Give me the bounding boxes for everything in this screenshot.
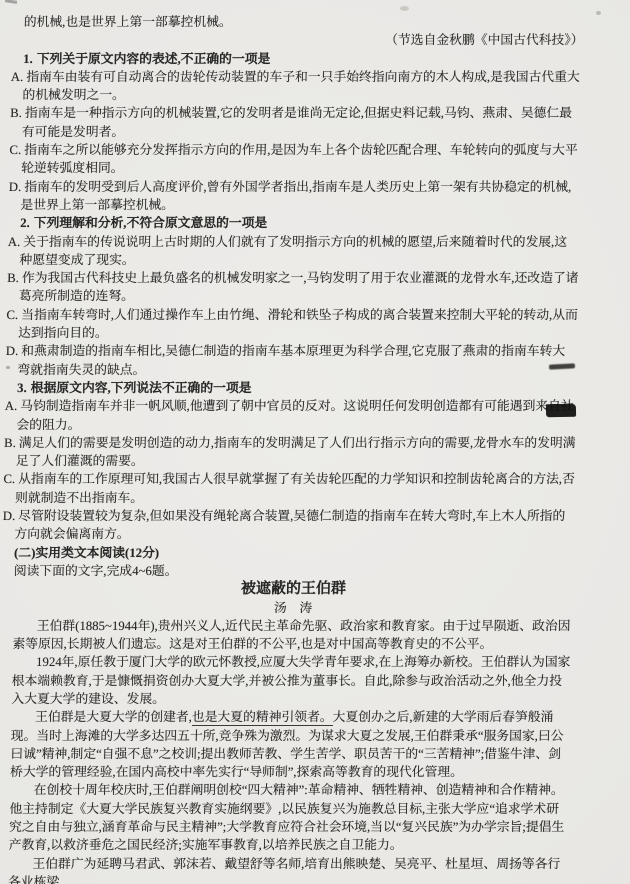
scanned-exam-page: 的机械,也是世界上第一部摹控机械。 （节选自金秋鹏《中国古代科技》） 1.下列关…: [0, 0, 630, 884]
question-2-option-a: A.关于指南车的传说说明上古时期的人们就有了发明指示方向的机械的愿望,后来随着时…: [19, 233, 580, 270]
option-text: 从指南车的工作原理可知,我国古人很早就掌握了有关齿轮匹配的力学知识和控制齿轮离合…: [15, 472, 575, 504]
question-2-number: 2.: [20, 216, 30, 230]
scan-speck: [596, 11, 601, 15]
option-label-a: A.: [11, 70, 24, 84]
question-1-option-b: B.指南车是一种指示方向的机械装置,它的发明者是谁尚无定论,但据史料记载,马钧、…: [22, 104, 583, 141]
question-2-stem-text: 下列理解和分析,不符合原文意思的一项是: [34, 216, 268, 230]
question-3-option-a: A.马钧制造指南车并非一帆风顺,他遭到了朝中官员的反对。这说明任何发明创造都有可…: [16, 397, 577, 434]
option-text: 马钧制造指南车并非一帆风顺,他遭到了朝中官员的反对。这说明任何发明创造都有可能遇…: [16, 399, 574, 431]
passage-paragraph-4: 在创校十周年校庆时,王伯群阐明创校“四大精神”:革命精神、牺牲精神、创造精神和合…: [9, 781, 570, 854]
question-3-option-b: B.满足人们的需要是发明创造的动力,指南车的发明满足了人们出行指示方向的需要,龙…: [16, 434, 577, 471]
question-3-stem-text: 根据原文内容,下列说法不正确的一项是: [31, 381, 252, 395]
question-1: 1.下列关于原文内容的表述,不正确的一项是 A.指南车由装有可自动离合的齿轮传动…: [20, 50, 583, 215]
passage-closing-line: 的机械,也是世界上第一部摹控机械。: [24, 13, 584, 31]
question-2-option-b: B.作为我国古代科技史上最负盛名的机械发明家之一,马钧发明了用于农业灌溉的龙骨水…: [19, 269, 580, 306]
option-label-d: D.: [9, 180, 22, 194]
passage-paragraph-5: 王伯群广为延聘马君武、郭沫若、戴望舒等名师,培育出熊映楚、吴亮平、杜星垣、周扬等…: [8, 855, 569, 884]
question-1-stem-text: 下列关于原文内容的表述,不正确的一项是: [37, 52, 271, 66]
option-text: 指南车是一种指示方向的机械装置,它的发明者是谁尚无定论,但据史料记载,马钧、燕肃…: [22, 106, 572, 138]
option-text: 指南车由装有可自动离合的齿轮传动装置的车子和一只手始终指向南方的木人构成,是我国…: [22, 70, 580, 102]
question-2: 2.下列理解和分析,不符合原文意思的一项是 A.关于指南车的传说说明上古时期的人…: [17, 214, 580, 379]
page-content: 的机械,也是世界上第一部摹控机械。 （节选自金秋鹏《中国古代科技》） 1.下列关…: [8, 13, 584, 884]
question-1-option-c: C.指南车之所以能够充分发挥指示方向的作用,是因为车上各个齿轮匹配合理、车轮转向…: [21, 141, 582, 178]
section-heading: (二)实用类文本阅读(12分): [14, 544, 574, 562]
option-label-a: A.: [8, 235, 21, 249]
question-1-number: 1.: [23, 52, 33, 66]
source-attribution: （节选自金秋鹏《中国古代科技》）: [23, 31, 583, 49]
option-text: 满足人们的需要是发明创造的动力,指南车的发明满足了人们出行指示方向的需要,龙骨水…: [16, 436, 576, 468]
passage-paragraph-1: 王伯群(1885~1944年),贵州兴义人,近代民主革命先驱、政治家和教育家。由…: [12, 617, 573, 654]
question-3-option-d: D.尽管附设装置较为复杂,但如果没有绳轮离合装置,吴德仁制造的指南车在转大弯时,…: [14, 507, 575, 544]
option-text: 关于指南车的传说说明上古时期的人们就有了发明指示方向的机械的愿望,后来随着时代的…: [19, 235, 567, 267]
question-3: 3.根据原文内容,下列说法不正确的一项是 A.马钧制造指南车并非一帆风顺,他遭到…: [14, 379, 577, 544]
question-3-option-c: C.从指南车的工作原理可知,我国古人很早就掌握了有关齿轮匹配的力学知识和控制齿轮…: [15, 470, 576, 507]
question-2-option-c: C.当指南车转弯时,人们通过操作车上由竹绳、滑轮和铁坠子构成的离合装置来控制大平…: [18, 306, 579, 343]
section-instruction: 阅读下面的文字,完成4~6题。: [14, 562, 574, 580]
option-text: 尽管附设装置较为复杂,但如果没有绳轮离合装置,吴德仁制造的指南车在转大弯时,车上…: [14, 509, 565, 541]
option-text: 当指南车转弯时,人们通过操作车上由竹绳、滑轮和铁坠子构成的离合装置来控制大平轮的…: [18, 308, 578, 340]
scan-speck: [6, 366, 10, 369]
question-1-option-d: D.指南车的发明受到后人高度评价,曾有外国学者指出,指南车是人类历史上第一架有共…: [20, 178, 581, 215]
passage-title: 被遮蔽的王伯群: [13, 580, 573, 598]
passage-paragraph-3: 王伯群是大夏大学的创建者,也是大夏的精神引领者。大夏创办之后,新建的大学雨后春笋…: [10, 708, 571, 781]
option-text: 指南车之所以能够充分发挥指示方向的作用,是因为车上各个齿轮匹配合理、车轮转向的弧…: [21, 143, 578, 175]
question-3-number: 3.: [17, 381, 27, 395]
passage-paragraph-2: 1924年,原任教于厦门大学的欧元怀教授,应厦大失学青年要求,在上海筹办新校。王…: [11, 653, 572, 708]
option-label-d: D.: [3, 509, 16, 523]
question-1-stem: 1.下列关于原文内容的表述,不正确的一项是: [23, 50, 583, 68]
question-2-stem: 2.下列理解和分析,不符合原文意思的一项是: [20, 214, 580, 232]
option-label-b: B.: [7, 271, 19, 285]
paragraph-3-text: 王伯群是大夏大学的创建者,: [35, 710, 192, 724]
paragraph-3-underlined-phrase: 也是大夏的精神引领者。: [192, 710, 333, 726]
option-label-c: C.: [3, 472, 15, 486]
scan-speck: [400, 6, 409, 11]
option-label-b: B.: [4, 436, 16, 450]
question-2-option-d: D.和燕肃制造的指南车相比,吴德仁制造的指南车基本原理更为科学合理,它克服了燕肃…: [17, 342, 578, 379]
scan-speck: [5, 0, 17, 4]
option-label-a: A.: [5, 399, 18, 413]
option-label-c: C.: [9, 143, 21, 157]
option-text: 指南车的发明受到后人高度评价,曾有外国学者指出,指南车是人类历史上第一架有共协稳…: [20, 180, 571, 212]
option-text: 作为我国古代科技史上最负盛名的机械发明家之一,马钧发明了用于农业灌溉的龙骨水车,…: [19, 271, 579, 303]
passage-author: 汤 涛: [13, 599, 573, 617]
option-label-c: C.: [6, 308, 18, 322]
question-3-stem: 3.根据原文内容,下列说法不正确的一项是: [17, 379, 577, 397]
option-label-d: D.: [6, 344, 19, 358]
option-text: 和燕肃制造的指南车相比,吴德仁制造的指南车基本原理更为科学合理,它克服了燕肃的指…: [17, 344, 565, 376]
option-label-b: B.: [10, 106, 22, 120]
question-1-option-a: A.指南车由装有可自动离合的齿轮传动装置的车子和一只手始终指向南方的木人构成,是…: [22, 68, 583, 105]
